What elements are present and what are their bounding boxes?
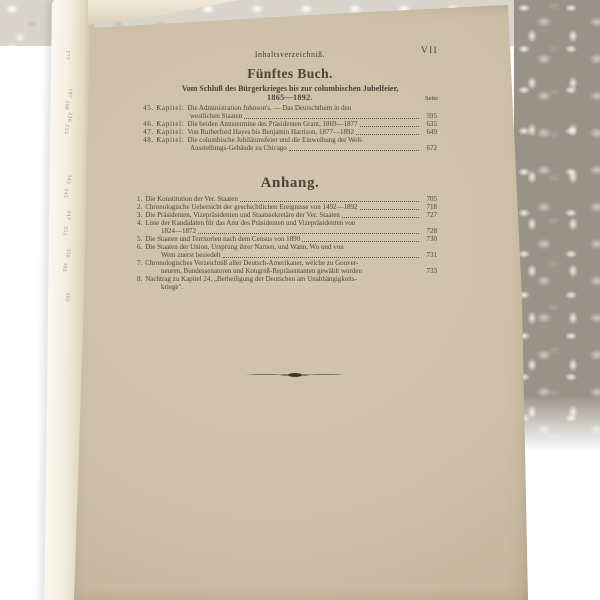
toc-entry: 47. Kapitel:Von Rutherford Hayes bis Ben…: [143, 128, 437, 136]
toc-entry-line: Wem zuerst besiedelt731: [137, 251, 437, 259]
dot-leader: [342, 217, 419, 218]
entry-prefix: 48. Kapitel:: [143, 136, 184, 144]
book-page: Inhaltsverzeichniß. VII Fünftes Buch. Vo…: [60, 0, 530, 600]
entry-prefix: 45. Kapitel:: [143, 104, 184, 112]
toc-entry-line: 2.Chronologische Uebersicht der geschich…: [137, 203, 437, 211]
toc-entry: 48. Kapitel:Die columbische Jubiläumsfei…: [143, 136, 437, 152]
page-number-roman: VII: [410, 46, 438, 56]
anhang-title: Anhang.: [143, 175, 437, 192]
entry-page-number: 727: [421, 211, 437, 219]
toc-entry: 4.Liste der Kandidaten für das Amt des P…: [137, 219, 437, 235]
entry-page-number: 649: [421, 128, 437, 136]
entry-text: Liste der Kandidaten für das Amt des Prä…: [145, 219, 355, 227]
toc-entry: 8.Nachtrag zu Kapitel 24, „Betheiligung …: [137, 275, 437, 291]
section-subtitle-line1: Vom Schluß des Bürgerkrieges bis zur col…: [143, 84, 437, 93]
toc-entry-line: 1824—1872728: [137, 227, 437, 235]
entry-page-number: 730: [421, 235, 437, 243]
entry-page-number: 705: [421, 195, 437, 203]
entry-prefix: 4.: [137, 219, 142, 227]
edge-page-number: 345: [62, 188, 69, 198]
dot-leader: [289, 150, 419, 151]
toc-entry-line: 6.Die Staaten der Union, Ursprung ihrer …: [137, 243, 437, 251]
chapter-list: 45. Kapitel:Die Administration Johnson's…: [143, 104, 437, 152]
entry-text: Ausstellungs-Gebäude zu Chicago: [190, 144, 287, 152]
toc-entry: 7.Chronologisches Verzeichniß aller Deut…: [137, 259, 437, 275]
toc-entry-line: 46. Kapitel:Die beiden Amtstermine des P…: [143, 120, 437, 128]
dot-leader: [244, 118, 419, 119]
toc-entry: 1.Die Konstitution der Ver. Staaten705: [137, 195, 437, 203]
toc-entry-line: 3.Die Präsidenten, Vizepräsidenten und S…: [137, 211, 437, 219]
toc-entry: 3.Die Präsidenten, Vizepräsidenten und S…: [137, 211, 437, 219]
edge-page-number: 347: [65, 210, 72, 220]
toc-entry-line: kriege".: [137, 283, 437, 291]
entry-prefix: 46. Kapitel:: [143, 120, 184, 128]
toc-entry: 46. Kapitel:Die beiden Amtstermine des P…: [143, 120, 437, 128]
photo-background: 177197208226233343345347352358362365 Inh…: [0, 0, 600, 600]
entry-page-number: 718: [421, 203, 437, 211]
entry-page-number: 731: [421, 251, 437, 259]
entry-text: Die Präsidenten, Vizepräsidenten und Sta…: [145, 211, 340, 219]
entry-prefix: 6.: [137, 243, 142, 251]
entry-text: westlichen Staaten: [190, 112, 242, 120]
entry-prefix: 47. Kapitel:: [143, 128, 184, 136]
edge-page-number: 226: [66, 112, 73, 122]
toc-entry-line: westlichen Staaten595: [143, 112, 437, 120]
entry-text: neuren, Bundessenatoren und Kongreß-Repr…: [161, 267, 362, 275]
entry-text: Nachtrag zu Kapitel 24, „Betheiligung de…: [145, 275, 357, 283]
carpet-fade: [514, 395, 600, 465]
entry-prefix: 5.: [137, 235, 142, 243]
entry-prefix: 2.: [137, 203, 142, 211]
entry-text: 1824—1872: [161, 227, 196, 235]
edge-page-number: 177: [64, 50, 71, 60]
edge-page-number: 352: [61, 226, 68, 236]
toc-entry-line: 8.Nachtrag zu Kapitel 24, „Betheiligung …: [137, 275, 437, 283]
edge-page-number: 233: [63, 124, 70, 134]
entry-text: Chronologisches Verzeichniß aller Deutsc…: [145, 259, 358, 267]
diamond-icon: [288, 373, 302, 377]
entry-text: Die Staaten der Union, Ursprung ihrer Na…: [145, 243, 343, 251]
entry-page-number: 728: [421, 227, 437, 235]
entry-prefix: 8.: [137, 275, 142, 283]
dot-leader: [240, 201, 419, 202]
toc-entry-line: 1.Die Konstitution der Ver. Staaten705: [137, 195, 437, 203]
entry-prefix: 3.: [137, 211, 142, 219]
entry-text: Die columbische Jubiläumsfeier und die E…: [187, 136, 363, 144]
entry-page-number: 733: [421, 267, 437, 275]
dot-leader: [360, 126, 419, 127]
dot-leader: [302, 241, 419, 242]
divider-ornament: [245, 372, 345, 377]
carpet-right: [514, 0, 600, 450]
divider-line: [305, 374, 345, 375]
anhang-list: 1.Die Konstitution der Ver. Staaten7052.…: [137, 195, 437, 291]
toc-entry: 45. Kapitel:Die Administration Johnson's…: [143, 104, 437, 120]
section-subtitle-line2: 1865—1892.: [143, 93, 437, 102]
seite-column-label: Seite: [410, 95, 438, 102]
toc-entry-line: neuren, Bundessenatoren und Kongreß-Repr…: [137, 267, 437, 275]
entry-text: Die beiden Amtstermine des Präsidenten G…: [187, 120, 357, 128]
entry-text: Von Rutherford Hayes bis Benjamin Harris…: [187, 128, 354, 136]
toc-entry-line: 7.Chronologisches Verzeichniß aller Deut…: [137, 259, 437, 267]
page-header-title: Inhaltsverzeichniß.: [143, 50, 437, 59]
edge-page-number: 208: [63, 100, 70, 110]
dot-leader: [360, 209, 419, 210]
toc-entry: 2.Chronologische Uebersicht der geschich…: [137, 203, 437, 211]
edge-page-number: 197: [66, 88, 73, 98]
dot-leader: [223, 257, 419, 258]
dot-leader: [198, 233, 419, 234]
entry-text: Wem zuerst besiedelt: [161, 251, 221, 259]
entry-text: Die Staaten und Territorien nach dem Cen…: [145, 235, 300, 243]
toc-entry-line: 48. Kapitel:Die columbische Jubiläumsfei…: [143, 136, 437, 144]
dot-leader: [356, 134, 419, 135]
entry-page-number: 672: [421, 144, 437, 152]
toc-entry-line: 47. Kapitel:Von Rutherford Hayes bis Ben…: [143, 128, 437, 136]
entry-text: kriege".: [161, 283, 183, 291]
edge-page-number: 358: [64, 248, 71, 258]
entry-prefix: 1.: [137, 195, 142, 203]
toc-entry: 6.Die Staaten der Union, Ursprung ihrer …: [137, 243, 437, 259]
section-title: Fünftes Buch.: [143, 66, 437, 82]
edge-page-number: 362: [61, 262, 68, 272]
entry-text: Die Administration Johnson's. — Das Deut…: [187, 104, 351, 112]
toc-entry-line: 5.Die Staaten und Territorien nach dem C…: [137, 235, 437, 243]
divider-line: [245, 374, 285, 375]
entry-text: Die Konstitution der Ver. Staaten: [145, 195, 238, 203]
toc-entry-line: 45. Kapitel:Die Administration Johnson's…: [143, 104, 437, 112]
entry-page-number: 635: [421, 120, 437, 128]
edge-page-number: 343: [65, 174, 72, 184]
entry-prefix: 7.: [137, 259, 142, 267]
toc-entry-line: Ausstellungs-Gebäude zu Chicago672: [143, 144, 437, 152]
toc-entry: 5.Die Staaten und Territorien nach dem C…: [137, 235, 437, 243]
toc-entry-line: 4.Liste der Kandidaten für das Amt des P…: [137, 219, 437, 227]
edge-page-number: 365: [64, 292, 71, 302]
entry-text: Chronologische Uebersicht der geschichtl…: [145, 203, 357, 211]
entry-page-number: 595: [421, 112, 437, 120]
